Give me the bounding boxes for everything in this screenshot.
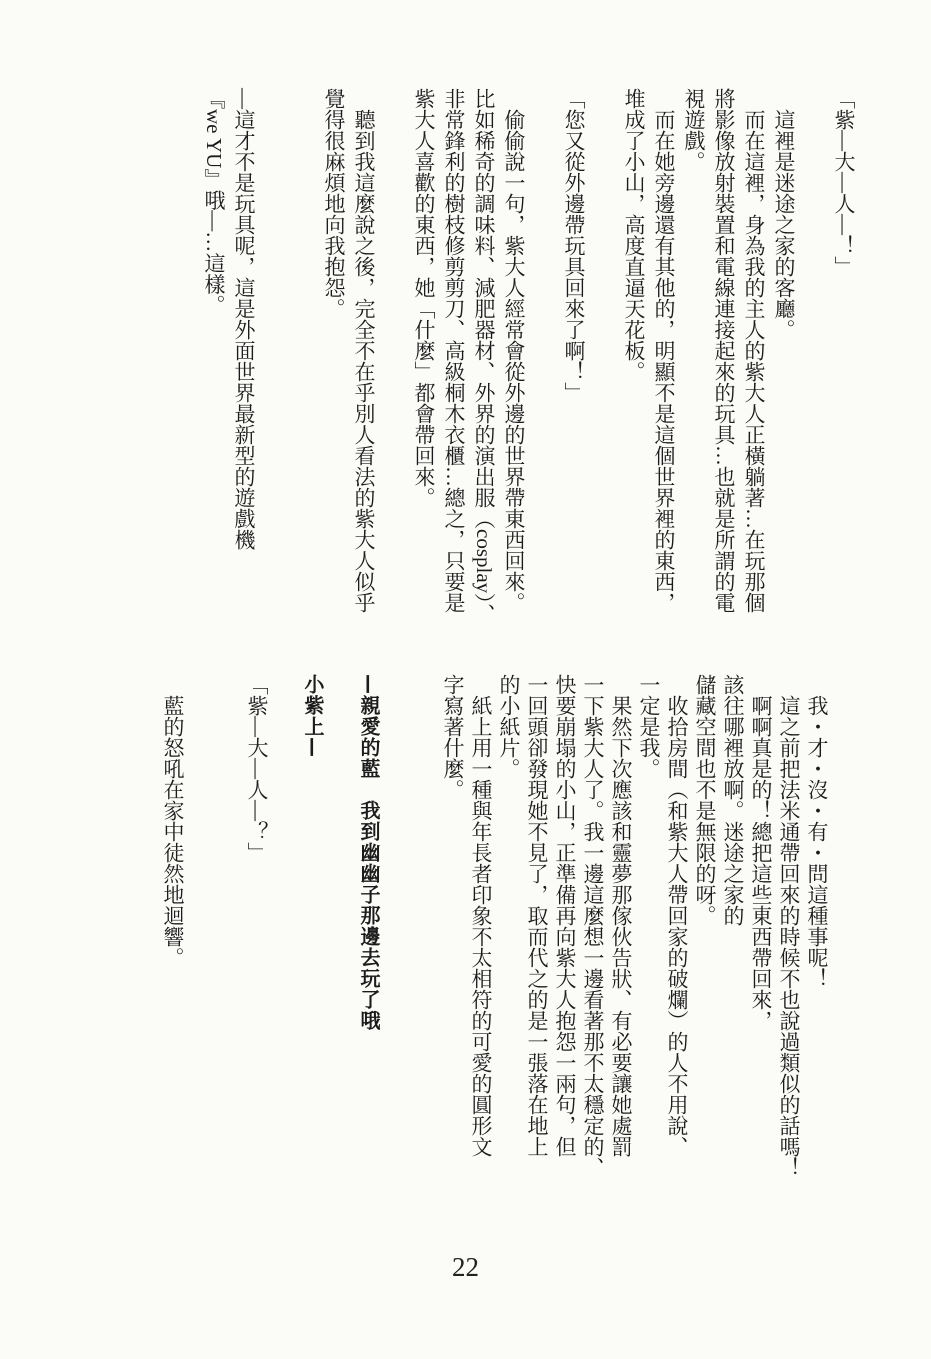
dialogue-line: 「您又從外邊帶玩具回來了啊！」 [559,88,589,644]
text-line: 這裡是迷途之家的客廳。 [769,88,799,644]
novel-page: 「紫—大—人—！」 這裡是迷途之家的客廳。 而在這裡，身為我的主人的紫大人正橫躺… [0,0,931,1359]
text-line: 一定是我。 [635,674,663,1242]
text-line: 紫大人喜歡的東西，她「什麼」都會帶回來。 [409,88,439,644]
dialogue-line: 『we YU』哦—…這樣。 [199,88,229,644]
text-line: 啊啊真是的！總把這些東西帶回來， [747,674,775,1242]
text-line: 儲藏空間也不是無限的呀。 [691,674,719,1242]
text-line: 覺得很麻煩地向我抱怨。 [319,88,349,644]
text-line: 堆成了小山，高度直逼天花板。 [619,88,649,644]
text-line: 比如稀奇的調味料、減肥器材、外界的演出服（cosplay）、 [469,88,499,644]
text-line: 一回頭卻發現她不見了，取而代之的是一張落在地上 [523,674,551,1242]
note-signature-line: 小紫上— [299,674,327,1242]
text-line: 該往哪裡放啊。迷途之家的 [719,674,747,1242]
text-line: 非常鋒利的樹枝修剪剪刀、高級桐木衣櫃…總之，只要是 [439,88,469,644]
dialogue-line: —這才不是玩具呢，這是外面世界最新型的遊戲機 [229,88,259,644]
note-line: —親愛的藍 我到幽幽子那邊去玩了哦 [355,674,383,1242]
text-line: 的小紙片。 [495,674,523,1242]
text-line: 而在她旁邊還有其他的，明顯不是這個世界裡的東西， [649,88,679,644]
bottom-text-block: 我・才・沒・有・問這種事呢！ 這之前把法米通帶回來的時候不也說過類似的話嗎！ 啊… [159,674,831,1242]
text-line: 快要崩塌的小山，正準備再向紫大人抱怨一兩句，但 [551,674,579,1242]
dialogue-line: 「紫—大—人—？」 [243,674,271,1242]
top-text-block: 「紫—大—人—！」 這裡是迷途之家的客廳。 而在這裡，身為我的主人的紫大人正橫躺… [199,88,859,644]
text-line: 字寫著什麼。 [439,674,467,1242]
dialogue-line: 我・才・沒・有・問這種事呢！ [803,674,831,1242]
text-line: 聽到我這麼說之後，完全不在乎別人看法的紫大人似乎 [349,88,379,644]
text-line: 這之前把法米通帶回來的時候不也說過類似的話嗎！ [775,674,803,1242]
text-line: 收拾房間（和紫大人帶回家的破爛）的人不用說、 [663,674,691,1242]
dialogue-line: 「紫—大—人—！」 [829,88,859,644]
text-line: 偷偷說一句，紫大人經常會從外邊的世界帶東西回來。 [499,88,529,644]
page-number: 22 [0,1252,931,1283]
text-line: 將影像放射裝置和電線連接起來的玩具…也就是所謂的電 [709,88,739,644]
text-line: 一下紫大人了。我一邊這麼想一邊看著那不太穩定的、 [579,674,607,1242]
text-line: 藍的怒吼在家中徒然地迴響。 [159,674,187,1242]
text-line: 而在這裡，身為我的主人的紫大人正橫躺著…在玩那個 [739,88,769,644]
text-line: 視遊戲。 [679,88,709,644]
text-line: 紙上用一種與年長者印象不太相符的可愛的圓形文 [467,674,495,1242]
text-line: 果然下次應該和靈夢那傢伙告狀、有必要讓她處罰 [607,674,635,1242]
